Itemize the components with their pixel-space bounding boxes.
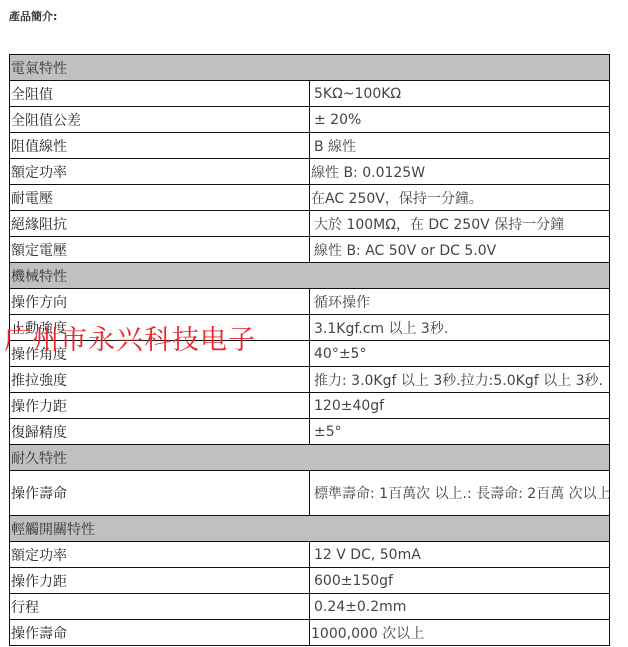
table-row: 額定功率 線性 B: 0.0125W [10,159,610,185]
table-row: 絕緣阻抗 大於 100MΩ，在 DC 250V 保持一分鐘 [10,211,610,237]
table-row: 全阻值公差 ± 20% [10,107,610,133]
spec-value: 12 V DC, 50mA [310,542,610,568]
spec-value: 線性 B: AC 50V or DC 5.0V [310,237,610,263]
spec-label: 絕緣阻抗 [10,211,310,237]
spec-value: 3.1Kgf.cm 以上 3秒. [310,315,610,341]
spec-value: 大於 100MΩ，在 DC 250V 保持一分鐘 [310,211,610,237]
table-row: 操作壽命 1000,000 次以上 [10,620,610,646]
table-row: 耐電壓 在AC 250V，保持一分鐘。 [10,185,610,211]
spec-value: 1000,000 次以上 [310,620,610,646]
spec-label: 操作壽命 [10,620,310,646]
spec-value: B 線性 [310,133,610,159]
spec-value: 120±40gf [310,393,610,419]
table-row: 止動強度 3.1Kgf.cm 以上 3秒. [10,315,610,341]
section-title: 輕觸開關特性 [10,516,610,542]
spec-table: 電氣特性 全阻值 5KΩ~100KΩ 全阻值公差 ± 20% 阻值線性 B 線性… [9,54,610,646]
section-title: 電氣特性 [10,55,610,81]
table-row: 操作壽命 標準壽命: 1百萬次 以上.: 長壽命: 2百萬 次以上. [10,471,610,516]
spec-label: 操作方向 [10,289,310,315]
section-header-mechanical: 機械特性 [10,263,610,289]
spec-label: 額定電壓 [10,237,310,263]
table-row: 阻值線性 B 線性 [10,133,610,159]
spec-value: ± 20% [310,107,610,133]
table-row: 全阻值 5KΩ~100KΩ [10,81,610,107]
spec-value: 600±150gf [310,568,610,594]
spec-value: 循环操作 [310,289,610,315]
section-header-tact-switch: 輕觸開關特性 [10,516,610,542]
spec-value: 在AC 250V，保持一分鐘。 [310,185,610,211]
spec-label: 操作力距 [10,568,310,594]
section-header-durability: 耐久特性 [10,445,610,471]
table-row: 額定電壓 線性 B: AC 50V or DC 5.0V [10,237,610,263]
section-header-electrical: 電氣特性 [10,55,610,81]
spec-value: 40°±5° [310,341,610,367]
spec-label: 全阻值 [10,81,310,107]
section-title: 機械特性 [10,263,610,289]
table-row: 操作方向 循环操作 [10,289,610,315]
product-intro-heading: 產品簡介: [9,8,57,24]
table-row: 行程 0.24±0.2mm [10,594,610,620]
spec-value: 線性 B: 0.0125W [310,159,610,185]
spec-value: 5KΩ~100KΩ [310,81,610,107]
spec-label: 止動強度 [10,315,310,341]
table-row: 額定功率 12 V DC, 50mA [10,542,610,568]
table-row: 操作角度 40°±5° [10,341,610,367]
spec-value: ±5° [310,419,610,445]
spec-label: 全阻值公差 [10,107,310,133]
spec-label: 操作壽命 [10,471,310,516]
spec-label: 操作角度 [10,341,310,367]
spec-label: 推拉強度 [10,367,310,393]
spec-label: 復歸精度 [10,419,310,445]
spec-label: 阻值線性 [10,133,310,159]
spec-label: 額定功率 [10,159,310,185]
section-title: 耐久特性 [10,445,610,471]
spec-value: 標準壽命: 1百萬次 以上.: 長壽命: 2百萬 次以上. [310,471,610,516]
table-row: 操作力距 120±40gf [10,393,610,419]
table-row: 復歸精度 ±5° [10,419,610,445]
spec-label: 行程 [10,594,310,620]
spec-label: 操作力距 [10,393,310,419]
spec-value: 推力: 3.0Kgf 以上 3秒.拉力:5.0Kgf 以上 3秒. [310,367,610,393]
spec-label: 耐電壓 [10,185,310,211]
table-row: 推拉強度 推力: 3.0Kgf 以上 3秒.拉力:5.0Kgf 以上 3秒. [10,367,610,393]
spec-label: 額定功率 [10,542,310,568]
table-row: 操作力距 600±150gf [10,568,610,594]
spec-value: 0.24±0.2mm [310,594,610,620]
